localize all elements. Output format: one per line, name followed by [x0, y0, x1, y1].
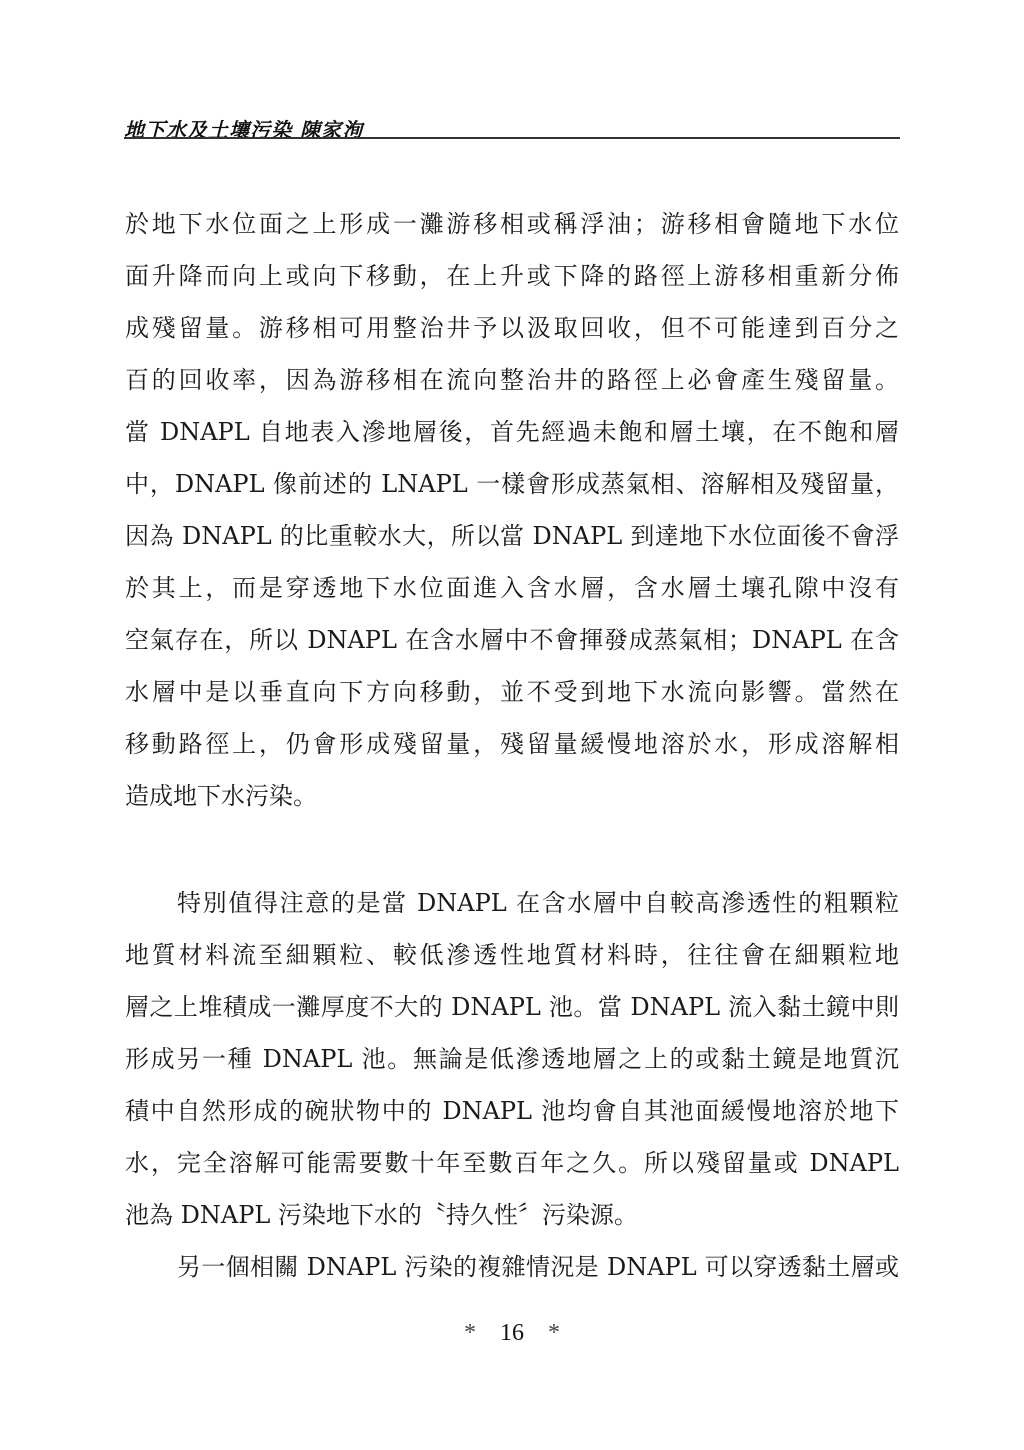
text-line: 水，完全溶解可能需要數十年至數百年之久。所以殘留量或 DNAPL	[125, 1137, 899, 1189]
text-line: 特別值得注意的是當 DNAPL 在含水層中自較高滲透性的粗顆粒	[125, 877, 899, 929]
text-line: 成殘留量。游移相可用整治井予以汲取回收，但不可能達到百分之	[125, 302, 899, 354]
text-line: 造成地下水污染。	[125, 770, 899, 822]
text-line: 移動路徑上，仍會形成殘留量，殘留量緩慢地溶於水，形成溶解相	[125, 718, 899, 770]
page-number: 16	[500, 1320, 524, 1346]
text-line: 空氣存在，所以 DNAPL 在含水層中不會揮發成蒸氣相；DNAPL 在含	[125, 614, 899, 666]
text-line: 於地下水位面之上形成一灘游移相或稱浮油；游移相會隨地下水位	[125, 198, 899, 250]
text-line: 於其上，而是穿透地下水位面進入含水層，含水層土壤孔隙中沒有	[125, 562, 899, 614]
paragraph-spacer	[125, 822, 899, 877]
footer-star-right: *	[548, 1320, 560, 1346]
text-line: 百的回收率，因為游移相在流向整治井的路徑上必會產生殘留量。	[125, 354, 899, 406]
text-line: 池為 DNAPL 污染地下水的〝持久性〞污染源。	[125, 1189, 899, 1241]
paragraph-2: 特別值得注意的是當 DNAPL 在含水層中自較高滲透性的粗顆粒 地質材料流至細顆…	[125, 877, 899, 1241]
text-line: 水層中是以垂直向下方向移動，並不受到地下水流向影響。當然在	[125, 666, 899, 718]
text-line: 層之上堆積成一灘厚度不大的 DNAPL 池。當 DNAPL 流入黏土鏡中則	[125, 981, 899, 1033]
text-line: 中，DNAPL 像前述的 LNAPL 一樣會形成蒸氣相、溶解相及殘留量，	[125, 458, 899, 510]
text-line: 面升降而向上或向下移動，在上升或下降的路徑上游移相重新分佈	[125, 250, 899, 302]
text-line: 當 DNAPL 自地表入滲地層後，首先經過未飽和層土壤，在不飽和層	[125, 406, 899, 458]
text-line: 另一個相關 DNAPL 污染的複雜情況是 DNAPL 可以穿透黏土層或	[125, 1241, 899, 1293]
text-line: 形成另一種 DNAPL 池。無論是低滲透地層之上的或黏土鏡是地質沉	[125, 1033, 899, 1085]
text-line: 積中自然形成的碗狀物中的 DNAPL 池均會自其池面緩慢地溶於地下	[125, 1085, 899, 1137]
footer-star-left: *	[464, 1320, 476, 1346]
page-header: 地下水及土壤污染 陳家洵	[124, 112, 900, 142]
text-line: 因為 DNAPL 的比重較水大，所以當 DNAPL 到達地下水位面後不會浮	[125, 510, 899, 562]
paragraph-3: 另一個相關 DNAPL 污染的複雜情況是 DNAPL 可以穿透黏土層或	[125, 1241, 899, 1293]
page-footer: * 16 *	[0, 1320, 1024, 1347]
text-line: 地質材料流至細顆粒、較低滲透性地質材料時，往往會在細顆粒地	[125, 929, 899, 981]
body-text: 於地下水位面之上形成一灘游移相或稱浮油；游移相會隨地下水位 面升降而向上或向下移…	[125, 198, 899, 1293]
paragraph-1: 於地下水位面之上形成一灘游移相或稱浮油；游移相會隨地下水位 面升降而向上或向下移…	[125, 198, 899, 822]
header-rule-divider	[124, 137, 900, 139]
